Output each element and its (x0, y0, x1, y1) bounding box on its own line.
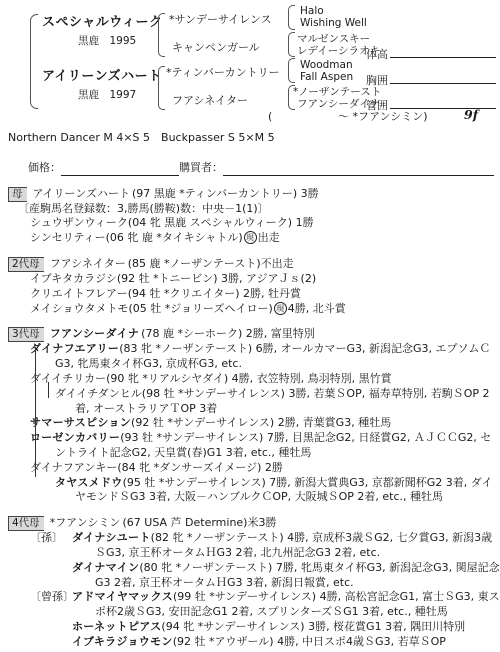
horse-row: 〔孫〕ダイナシユート(82 牝 *ノーザンテースト) 4勝, 京成杯3歳ＳG2,… (0, 531, 500, 561)
gg-brace-1 (288, 5, 295, 30)
horse-name: タヤスメドウ (55, 476, 123, 489)
produce-note: 〔産駒馬名登録数：3,勝馬(勝鞍)数：中央－1(1)〕 (0, 202, 500, 217)
dam-parents-brace (158, 66, 165, 110)
horse-name: ダイナフエアリー (30, 342, 119, 355)
family-number: 9f (464, 108, 478, 123)
horse-name: *フアンシミン (50, 516, 121, 529)
measure-cannon-blank (390, 96, 496, 109)
dam-color-year: 黒鹿 1997 (78, 88, 136, 103)
buyer-label: 購買者： (179, 161, 223, 176)
sire-color-year: 黒鹿 1995 (78, 34, 136, 49)
fourth-dam-head-row: 4代母*フアンシミン(67 USA 芦 Determine)米3勝 (0, 516, 500, 531)
horse-row: ローゼンカバリー(93 牡 *サンデーサイレンス) 7勝, 目黒記念G2, 日経… (0, 431, 500, 461)
horse-name: ダイイチリカー (30, 372, 106, 385)
outer-bracket (30, 14, 38, 109)
sire-sire-name: *サンデーサイレンス (169, 13, 272, 28)
active-mark: 現 (274, 302, 287, 315)
race-record: (92 牡 *サンデーサイレンス) 2勝, 青葉賞G3, 種牡馬 (131, 416, 391, 429)
measure-height-label: 体高 (366, 48, 388, 61)
horse-row: ダイイチリカー(90 牝 *リアルシヤダイ) 4勝, 衣笠特別, 鳥羽特別, 黒… (0, 372, 500, 387)
price-label: 価格： (28, 161, 61, 176)
granddam-head-row: 2代母フアシネイター(85 鹿 *ノーザンテースト)不出走 (0, 257, 500, 272)
horse-name: ダイナフアンキー (30, 461, 117, 474)
catalog-page: { "pedigree": { "sire": {"name": "スペシャルウ… (0, 0, 500, 652)
dam-head-row: 母アイリーンズハート(97 黒鹿 *ティンバーカントリー) 3勝 (0, 187, 500, 202)
race-record: (83 牝 *ノーザンテースト) 6勝, オールカマーG3, 新潟記念G3, エ… (55, 342, 490, 370)
horse-row: サマーサスピション(92 牡 *サンデーサイレンス) 2勝, 青葉賞G3, 種牡… (0, 416, 500, 431)
sire-name: スペシャルウィーク (42, 16, 162, 31)
horse-row: ダイイチダンヒル(98 牡 *サンデーサイレンス) 3勝, 若葉ＳOP, 福寿草… (0, 387, 500, 417)
gg-name-6: Fall Aspen (300, 70, 353, 85)
pedigree-chart: スペシャルウィーク 黒鹿 1995 アイリーンズハート 黒鹿 1997 *サンデ… (0, 0, 500, 126)
measure-height: 体高 (366, 45, 496, 63)
horse-row: 〔曾孫〕アドマイヤマックス(99 牡 *サンデーサイレンス) 4勝, 高松宮記念… (0, 590, 500, 620)
horse-name: ホーネットピアス (72, 620, 161, 633)
granddam-section: 2代母フアシネイター(85 鹿 *ノーザンテースト)不出走 イブキタカラジシ(9… (0, 257, 500, 316)
third-dam-head-row: 3代母フアンシーダイナ(78 鹿 *シーホーク) 2勝, 富里特別 (0, 327, 500, 342)
horse-name: メイショウタメトモ (30, 302, 128, 315)
third-dam-section: 3代母フアンシーダイナ(78 鹿 *シーホーク) 2勝, 富里特別 ダイナフエア… (0, 327, 500, 505)
active-mark: 現 (244, 231, 257, 244)
horse-name: ダイナシユート (72, 531, 151, 544)
sire-dam-name: キャンペンガール (172, 41, 260, 56)
horse-name: ダイナマイン (72, 561, 139, 574)
horse-name: シュウザンウィーク (30, 216, 128, 229)
horse-name: イブキラジョウモン (72, 635, 173, 648)
horse-name: アドマイヤマックス (72, 590, 173, 603)
horse-row: クリエイトフレアー(94 牡 *クリエイター) 2勝, 牡丹賞 (0, 287, 500, 302)
race-record: (67 USA 芦 Determine)米3勝 (122, 516, 276, 529)
horse-row: タヤスメドウ(95 牡 *サンデーサイレンス) 7勝, 新潟大賞典G3, 京都新… (0, 476, 500, 506)
relation-label: 〔曾孫〕 (30, 590, 72, 605)
measure-girth-label: 胸囲 (366, 74, 388, 87)
family-open-paren: ( (268, 110, 272, 125)
horse-row: シンセリティー(06 牝 鹿 *タイキシャトル)現出走 (0, 231, 500, 246)
generation-tag-2: 2代母 (8, 257, 44, 272)
tree-line-main (35, 347, 36, 477)
horse-name: ダイイチダンヒル (55, 387, 142, 400)
race-record: (82 牝 *ノーザンテースト) 4勝, 京成杯3歳ＳG2, 七夕賞G3, 新潟… (95, 531, 492, 559)
race-record: (90 牝 *リアルシヤダイ) 4勝, 衣笠特別, 鳥羽特別, 黒竹賞 (106, 372, 392, 385)
race-record: (92 牡 *トニービン) 3勝, アジアＪｓ(2) (117, 272, 316, 285)
gg-name-2: Wishing Well (300, 16, 367, 31)
horse-name: フアシネイター (50, 257, 126, 270)
race-record: (84 牝 *ダンサーズイメージ) 2勝 (117, 461, 283, 474)
generation-tag-dam: 母 (8, 187, 27, 202)
horse-row: ダイナフエアリー(83 牝 *ノーザンテースト) 6勝, オールカマーG3, 新… (0, 342, 500, 372)
race-record: (78 鹿 *シーホーク) 2勝, 富里特別 (141, 327, 315, 340)
fourth-dam-section: 4代母*フアンシミン(67 USA 芦 Determine)米3勝 〔孫〕ダイナ… (0, 516, 500, 649)
race-record: (93 牡 *サンデーサイレンス) 7勝, 目黒記念G2, 日経賞G2, ＡＪＣ… (55, 431, 491, 459)
race-record: (80 牝 *ノーザンテースト) 7勝, 牝馬東タイ杯G3, 新潟記念G3, 関… (95, 561, 500, 589)
race-record: 出走 (258, 231, 280, 244)
measure-girth: 胸囲 (366, 71, 496, 89)
measure-height-blank (390, 45, 496, 58)
race-record: (92 牡 *アウザール) 4勝, 中日スポ4歳ＳG3, 若草ＳOP (173, 635, 446, 648)
race-record: (95 牡 *サンデーサイレンス) 7勝, 新潟大賞典G3, 京都新聞杯G2 3… (75, 476, 493, 504)
horse-name: サマーサスピション (30, 416, 131, 429)
dam-section: 母アイリーンズハート(97 黒鹿 *ティンバーカントリー) 3勝 〔産駒馬名登録… (0, 187, 500, 246)
horse-row: ダイナフアンキー(84 牝 *ダンサーズイメージ) 2勝 (0, 461, 500, 476)
race-record: (97 黒鹿 *ティンバーカントリー) 3勝 (132, 187, 319, 200)
tree-line-sub (48, 382, 49, 398)
horse-row: ホーネットピアス(94 牝 *サンデーサイレンス) 3勝, 桜花賞G1 3着, … (0, 620, 500, 635)
relation-label: 〔孫〕 (30, 531, 72, 546)
horse-name: フアンシーダイナ (50, 327, 139, 340)
dam-sire-name: *ティンバーカントリー (166, 66, 280, 81)
dam-name: アイリーンズハート (42, 70, 162, 85)
horse-row: シュウザンウィーク(04 牝 黒鹿 スペシャルウィーク) 1勝 (0, 216, 500, 231)
race-record: (05 牡 *ジョリーズヘイロー) (128, 302, 272, 315)
measure-girth-blank (390, 71, 496, 84)
horse-row: イブキラジョウモン(92 牡 *アウザール) 4勝, 中日スポ4歳ＳG3, 若草… (0, 635, 500, 650)
inbreeding-line: Northern Dancer M 4×S 5 Buckpasser S 5×M… (8, 131, 500, 146)
generation-tag-3: 3代母 (8, 327, 44, 342)
sire-parents-brace (158, 13, 165, 57)
horse-name: アイリーンズハート (33, 187, 130, 200)
race-record: (04 牝 黒鹿 スペシャルウィーク) 1勝 (128, 216, 314, 229)
horse-name: クリエイトフレアー (30, 287, 128, 300)
race-record: 4勝, 北斗賞 (288, 302, 346, 315)
race-record: (06 牝 鹿 *タイキシャトル) (106, 231, 243, 244)
family-tail-female: ～ *フアンシミン) (338, 110, 428, 125)
price-blank (61, 163, 179, 176)
gg-brace-3 (288, 58, 295, 83)
buyer-blank (223, 163, 494, 176)
dam-dam-name: フアシネイター (172, 94, 248, 109)
horse-name: イブキタカラジシ (30, 272, 117, 285)
horse-name: ローゼンカバリー (30, 431, 120, 444)
price-row: 価格： 購買者： (28, 161, 494, 176)
race-record: (94 牡 *クリエイター) 2勝, 牡丹賞 (128, 287, 301, 300)
horse-row: ダイナマイン(80 牝 *ノーザンテースト) 7勝, 牝馬東タイ杯G3, 新潟記… (0, 561, 500, 591)
race-record: (85 鹿 *ノーザンテースト)不出走 (128, 257, 294, 270)
horse-name: シンセリティー (30, 231, 106, 244)
generation-tag-4: 4代母 (8, 516, 44, 531)
horse-row: メイショウタメトモ(05 牡 *ジョリーズヘイロー)現4勝, 北斗賞 (0, 302, 500, 317)
gg-brace-2 (288, 32, 295, 57)
race-record: (94 牝 *サンデーサイレンス) 3勝, 桜花賞G1 3着, 隅田川特別 (161, 620, 465, 633)
horse-row: イブキタカラジシ(92 牡 *トニービン) 3勝, アジアＪｓ(2) (0, 272, 500, 287)
